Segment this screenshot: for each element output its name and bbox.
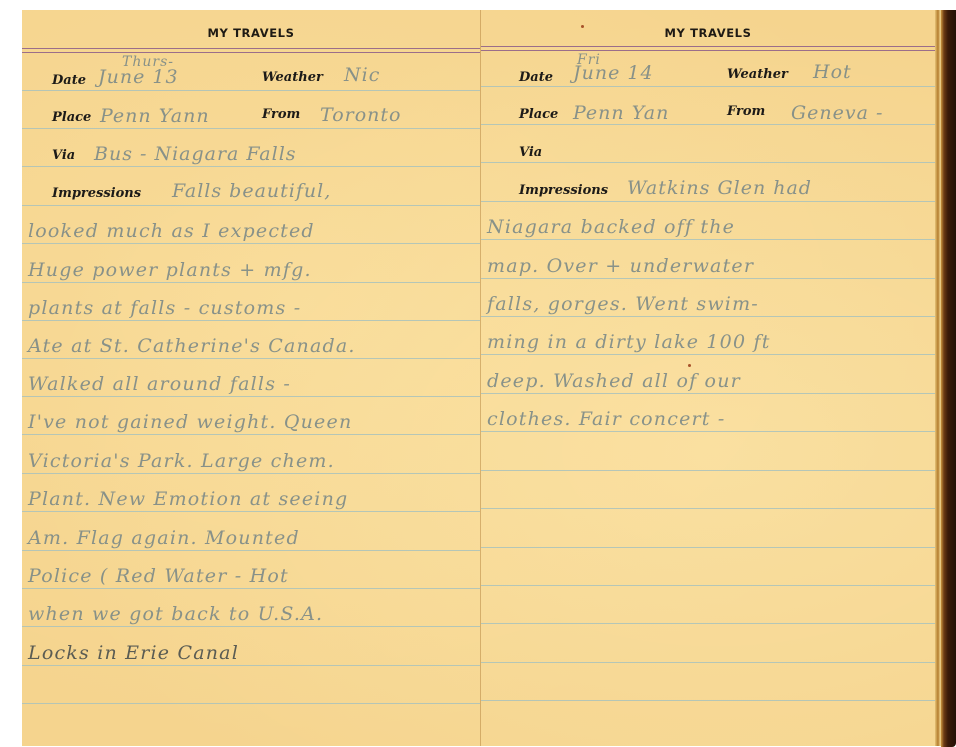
page-header: MY TRAVELS (22, 26, 480, 40)
ruled-line (481, 547, 935, 548)
book-binding (941, 10, 956, 747)
ruled-line (481, 662, 935, 663)
impressions-line: Walked all around falls - (28, 373, 291, 395)
from-label: From (727, 104, 765, 119)
ruled-line (22, 282, 480, 283)
ruled-line (22, 550, 480, 551)
ruled-line (22, 90, 480, 91)
ruled-line (22, 320, 480, 321)
impressions-first-line: Watkins Glen had (627, 177, 812, 199)
ruled-line (481, 201, 935, 202)
impressions-label: Impressions (52, 186, 141, 201)
ruled-line (22, 243, 480, 244)
date-label: Date (52, 73, 86, 88)
ruled-line (481, 508, 935, 509)
impressions-line: plants at falls - customs - (28, 297, 301, 319)
page-header: MY TRAVELS (481, 26, 935, 40)
ruled-line (481, 431, 935, 432)
impressions-label: Impressions (519, 183, 608, 198)
impressions-line: falls, gorges. Went swim- (487, 293, 759, 315)
ruled-line (481, 278, 935, 279)
date-value: June 13 (98, 66, 179, 88)
ruled-line (22, 166, 480, 167)
ruled-line (22, 626, 480, 627)
ruled-line (481, 162, 935, 163)
impressions-line: Victoria's Park. Large chem. (28, 450, 335, 472)
impressions-line: Am. Flag again. Mounted (28, 527, 300, 549)
via-label: Via (519, 145, 542, 160)
place-label: Place (519, 107, 558, 122)
weather-label: Weather (262, 70, 323, 85)
weather-label: Weather (727, 67, 788, 82)
from-value: Toronto (320, 104, 401, 126)
ruled-line (22, 128, 480, 129)
impressions-line: Plant. New Emotion at seeing (28, 488, 348, 510)
impressions-line: Huge power plants + mfg. (28, 259, 312, 281)
ruled-line (481, 700, 935, 701)
date-label: Date (519, 70, 553, 85)
ruled-line (481, 623, 935, 624)
ruled-line (22, 396, 480, 397)
ruled-line (22, 665, 480, 666)
via-value: Bus - Niagara Falls (94, 143, 297, 165)
impressions-line: deep. Washed all of our (487, 370, 741, 392)
impressions-line: Police ( Red Water - Hot (28, 565, 289, 587)
ruled-line (481, 470, 935, 471)
impressions-line: ming in a dirty lake 100 ft (487, 331, 771, 353)
impressions-line: clothes. Fair concert - (487, 408, 726, 430)
weather-value: Nic (344, 64, 380, 86)
impressions-first-line: Falls beautiful, (172, 180, 331, 202)
header-double-rule (481, 46, 935, 51)
from-label: From (262, 107, 300, 122)
via-label: Via (52, 148, 75, 163)
ruled-line (481, 239, 935, 240)
place-value: Penn Yan (573, 102, 669, 124)
left-page: MY TRAVELS Thurs- Date June 13 Weather N… (22, 10, 480, 746)
date-value: June 14 (573, 62, 654, 84)
ruled-line (22, 703, 480, 704)
ruled-line (481, 393, 935, 394)
impressions-line: I've not gained weight. Queen (28, 411, 352, 433)
place-value: Penn Yann (100, 105, 210, 127)
impressions-line: Locks in Erie Canal (28, 642, 239, 664)
impressions-line: map. Over + underwater (487, 255, 754, 277)
paper-speck (581, 25, 584, 28)
ruled-line (481, 86, 935, 87)
ruled-line (22, 358, 480, 359)
ruled-line (22, 205, 480, 206)
impressions-line: Ate at St. Catherine's Canada. (28, 335, 356, 357)
paper-speck (688, 364, 691, 367)
ruled-line (481, 316, 935, 317)
impressions-line: when we got back to U.S.A. (28, 603, 323, 625)
ruled-line (481, 585, 935, 586)
impressions-line: Niagara backed off the (487, 216, 735, 238)
ruled-line (22, 511, 480, 512)
ruled-line (22, 588, 480, 589)
right-page: MY TRAVELS Fri Date June 14 Weather Hot … (481, 10, 935, 746)
header-double-rule (22, 48, 480, 53)
ruled-line (481, 124, 935, 125)
weather-value: Hot (813, 61, 852, 83)
from-value: Geneva - (791, 102, 883, 124)
place-label: Place (52, 110, 91, 125)
impressions-line: looked much as I expected (28, 220, 315, 242)
ruled-line (22, 473, 480, 474)
ruled-line (22, 434, 480, 435)
ruled-line (481, 354, 935, 355)
